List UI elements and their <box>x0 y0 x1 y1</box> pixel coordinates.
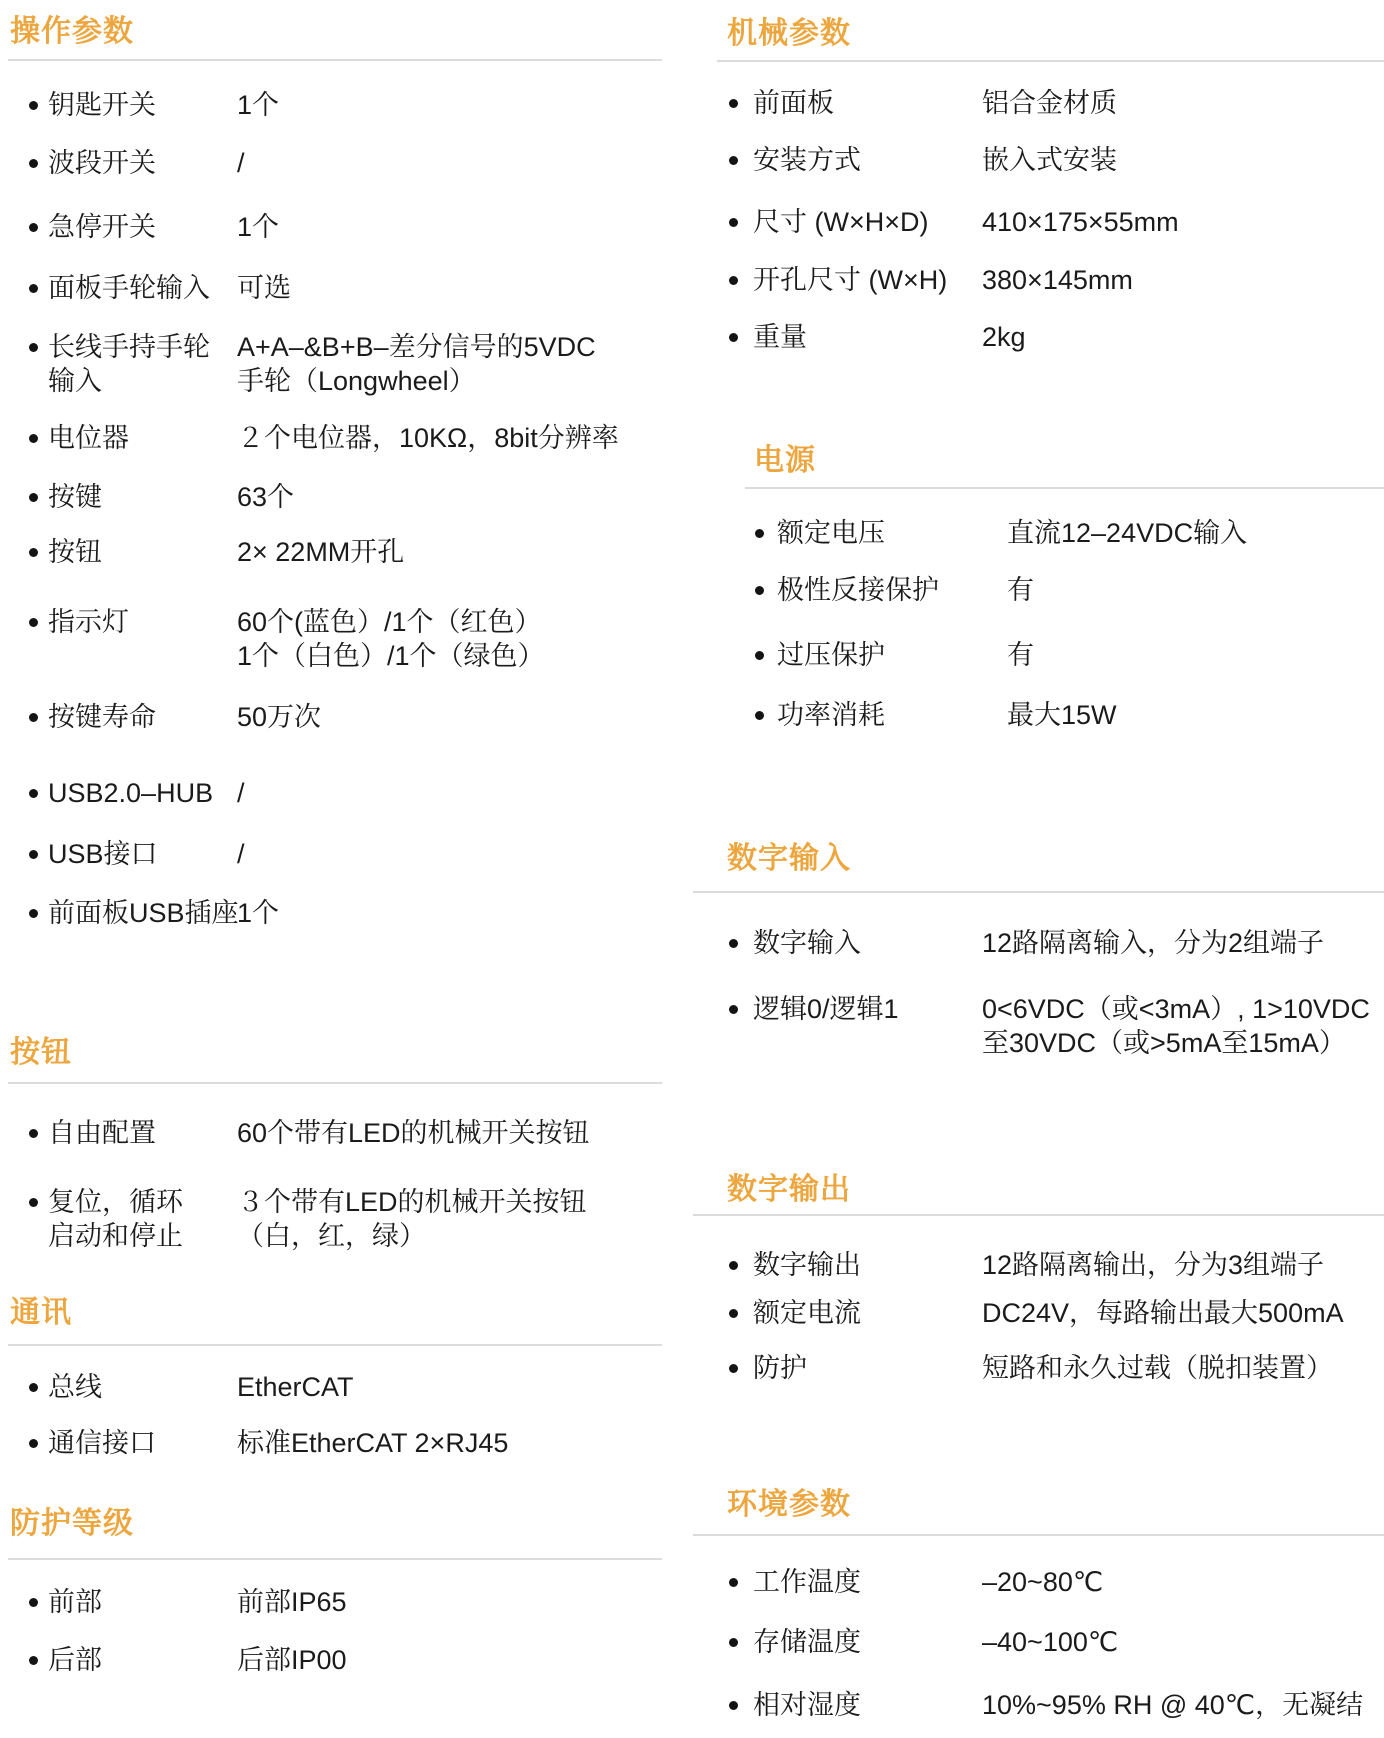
spec-label: 极性反接保护 <box>777 573 939 607</box>
bullet-icon <box>729 939 738 948</box>
bullet-icon <box>729 333 738 342</box>
spec-row: 重量 2kg <box>0 320 1384 354</box>
spec-row: 通信接口 标准EtherCAT 2×RJ45 <box>0 1426 1384 1460</box>
spec-value: 铝合金材质 <box>982 86 1117 120</box>
spec-value: ２个电位器，10KΩ，8bit分辨率 <box>237 421 619 455</box>
spec-label: 数字输出 <box>753 1248 861 1282</box>
section-divider <box>8 1344 662 1346</box>
spec-label: 自由配置 <box>48 1116 156 1150</box>
bullet-icon <box>29 1598 38 1607</box>
spec-label: 工作温度 <box>753 1565 861 1599</box>
spec-value: 410×175×55mm <box>982 205 1179 239</box>
spec-label: 重量 <box>753 320 807 354</box>
spec-row: USB接口 / <box>0 837 1384 871</box>
spec-label: 前面板USB插座 <box>48 896 239 930</box>
section-divider <box>693 891 1384 893</box>
spec-label: 功率消耗 <box>777 698 885 732</box>
bullet-icon <box>729 1005 738 1014</box>
spec-label: 防护 <box>753 1351 807 1385</box>
spec-label: 尺寸 (W×H×D) <box>753 205 929 239</box>
bullet-icon <box>29 909 38 918</box>
spec-label: USB接口 <box>48 837 158 871</box>
section-header-digital-output: 数字输出 <box>727 1170 851 1210</box>
section-header-mechanical-params: 机械参数 <box>727 14 851 54</box>
spec-row: 额定电流 DC24V，每路输出最大500mA <box>0 1296 1384 1330</box>
bullet-icon <box>729 1261 738 1270</box>
spec-row: 防护 短路和永久过载（脱扣装置） <box>0 1351 1384 1385</box>
spec-value: 380×145mm <box>982 263 1133 297</box>
spec-row: 自由配置 60个带有LED的机械开关按钮 <box>0 1116 1384 1150</box>
spec-label: 按键 <box>48 480 102 514</box>
bullet-icon <box>755 586 764 595</box>
spec-value: –40~100℃ <box>982 1625 1118 1659</box>
spec-value-line2: 手轮（Longwheel） <box>237 364 476 398</box>
section-divider <box>8 1082 662 1084</box>
spec-row: 相对湿度 10%~95% RH @ 40℃，无凝结 <box>0 1688 1384 1722</box>
spec-value: 2kg <box>982 320 1026 354</box>
spec-value: 直流12–24VDC输入 <box>1007 516 1247 550</box>
section-header-buttons: 按钮 <box>10 1033 72 1073</box>
section-header-digital-input: 数字输入 <box>727 839 851 879</box>
spec-label: 指示灯 <box>48 605 129 639</box>
spec-row: 前面板USB插座 1个 <box>0 896 1384 930</box>
spec-value: 短路和永久过载（脱扣装置） <box>982 1351 1333 1385</box>
section-divider <box>693 1534 1384 1536</box>
spec-label: 数字输入 <box>753 926 861 960</box>
spec-row: 工作温度 –20~80℃ <box>0 1565 1384 1599</box>
spec-row: 开孔尺寸 (W×H) 380×145mm <box>0 263 1384 297</box>
spec-label: 复位，循环 <box>48 1185 183 1219</box>
bullet-icon <box>29 850 38 859</box>
spec-row: 尺寸 (W×H×D) 410×175×55mm <box>0 205 1384 239</box>
section-divider <box>745 487 1384 489</box>
section-divider <box>8 59 662 61</box>
spec-value: 有 <box>1007 638 1034 672</box>
spec-value: 10%~95% RH @ 40℃，无凝结 <box>982 1688 1363 1722</box>
spec-value: 63个 <box>237 480 294 514</box>
spec-value: 12路隔离输入，分为2组端子 <box>982 926 1324 960</box>
spec-label: 前面板 <box>753 86 834 120</box>
spec-value: 12路隔离输出，分为3组端子 <box>982 1248 1324 1282</box>
spec-value: 60个带有LED的机械开关按钮 <box>237 1116 590 1150</box>
spec-row: 电位器 ２个电位器，10KΩ，8bit分辨率 <box>0 421 1384 455</box>
spec-row: 极性反接保护 有 <box>0 573 1384 607</box>
bullet-icon <box>29 434 38 443</box>
section-divider <box>693 1214 1384 1216</box>
spec-row: USB2.0–HUB / <box>0 776 1384 810</box>
section-header-power: 电源 <box>754 441 816 481</box>
spec-value: / <box>237 776 245 810</box>
spec-value: 嵌入式安装 <box>982 143 1117 177</box>
spec-label: 额定电压 <box>777 516 885 550</box>
bullet-icon <box>729 1701 738 1710</box>
spec-row: 额定电压 直流12–24VDC输入 <box>0 516 1384 550</box>
spec-label-line2: 输入 <box>48 364 102 398</box>
spec-value: 0<6VDC（或<3mA）, 1>10VDC <box>982 992 1370 1026</box>
bullet-icon <box>29 618 38 627</box>
section-header-ip-rating: 防护等级 <box>10 1504 134 1544</box>
bullet-icon <box>755 711 764 720</box>
spec-row: 前面板 铝合金材质 <box>0 86 1384 120</box>
spec-value: 有 <box>1007 573 1034 607</box>
spec-value: 标准EtherCAT 2×RJ45 <box>237 1426 508 1460</box>
bullet-icon <box>729 218 738 227</box>
spec-sheet-page: { "accent_color": "#EDA63E", "divider_co… <box>0 0 1384 1738</box>
spec-label: 存储温度 <box>753 1625 861 1659</box>
spec-label: 安装方式 <box>753 143 861 177</box>
bullet-icon <box>29 789 38 798</box>
bullet-icon <box>29 1198 38 1207</box>
spec-row: 指示灯 60个(蓝色）/1个（红色） 1个（白色）/1个（绿色） <box>0 605 1384 639</box>
bullet-icon <box>755 529 764 538</box>
spec-value: ３个带有LED的机械开关按钮 <box>237 1185 587 1219</box>
bullet-icon <box>729 99 738 108</box>
spec-label: 逻辑0/逻辑1 <box>753 992 899 1026</box>
spec-label: 过压保护 <box>777 638 885 672</box>
spec-label: 相对湿度 <box>753 1688 861 1722</box>
spec-label: 电位器 <box>48 421 129 455</box>
section-header-environment-params: 环境参数 <box>727 1485 851 1525</box>
spec-value: / <box>237 837 245 871</box>
bullet-icon <box>729 1638 738 1647</box>
spec-row: 按键 63个 <box>0 480 1384 514</box>
spec-row: 数字输出 12路隔离输出，分为3组端子 <box>0 1248 1384 1282</box>
spec-row: 过压保护 有 <box>0 638 1384 672</box>
section-header-operating-params: 操作参数 <box>10 12 134 52</box>
spec-row: 功率消耗 最大15W <box>0 698 1384 732</box>
section-divider <box>717 60 1384 62</box>
spec-value: DC24V，每路输出最大500mA <box>982 1296 1344 1330</box>
spec-label: 通信接口 <box>48 1426 156 1460</box>
section-divider <box>8 1558 662 1560</box>
spec-label: 开孔尺寸 (W×H) <box>753 263 947 297</box>
spec-value: 最大15W <box>1007 698 1117 732</box>
spec-row: 存储温度 –40~100℃ <box>0 1625 1384 1659</box>
spec-value: –20~80℃ <box>982 1565 1103 1599</box>
bullet-icon <box>729 1364 738 1373</box>
spec-label: 额定电流 <box>753 1296 861 1330</box>
bullet-icon <box>29 1439 38 1448</box>
bullet-icon <box>29 493 38 502</box>
bullet-icon <box>729 276 738 285</box>
bullet-icon <box>729 1309 738 1318</box>
bullet-icon <box>729 1578 738 1587</box>
bullet-icon <box>729 156 738 165</box>
spec-row: 安装方式 嵌入式安装 <box>0 143 1384 177</box>
spec-row: 逻辑0/逻辑1 0<6VDC（或<3mA）, 1>10VDC 至30VDC（或>… <box>0 992 1384 1026</box>
bullet-icon <box>755 651 764 660</box>
spec-label: USB2.0–HUB <box>48 776 213 810</box>
spec-value: 60个(蓝色）/1个（红色） <box>237 605 542 639</box>
spec-value: 1个 <box>237 896 279 930</box>
bullet-icon <box>29 1129 38 1138</box>
spec-row: 数字输入 12路隔离输入，分为2组端子 <box>0 926 1384 960</box>
spec-value-line2: 至30VDC（或>5mA至15mA） <box>982 1026 1346 1060</box>
